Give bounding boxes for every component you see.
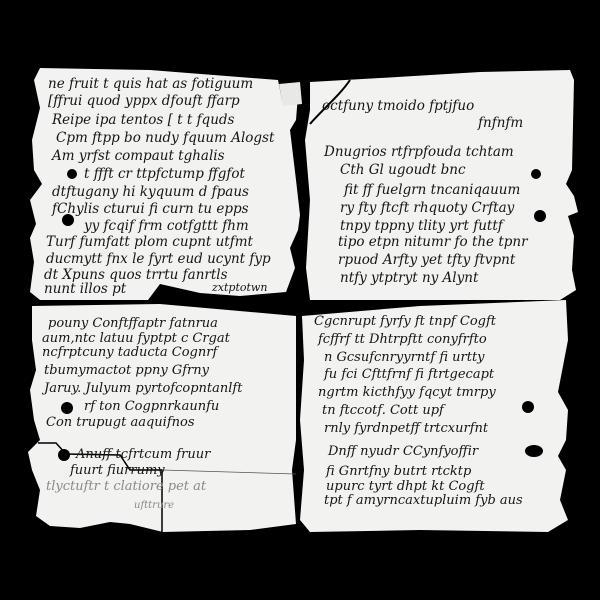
script-line: upurc tyrt dhpt kt Cogft <box>326 479 485 494</box>
script-line: ntfy ytptryt ny Alynt <box>340 270 479 286</box>
binding-hole <box>534 210 546 222</box>
script-line: ufttrure <box>134 500 174 511</box>
script-line: ry fty ftcft rhquoty Crftay <box>340 200 515 216</box>
script-line: tipo etpn nitumr fo the tpnr <box>338 234 529 250</box>
script-line: fit ff fuelgrn tncaniqauum <box>343 182 520 198</box>
script-line: Dnugrios rtfrpfouda tchtam <box>323 144 514 160</box>
script-line: tnpy tppny tlity yrt futtf <box>340 218 505 234</box>
script-line: ngrtm kicthfyy fqcyt tmrpy <box>318 385 496 400</box>
script-line: Reipe ipa tentos [ t t fquds <box>51 112 235 128</box>
script-line: nunt illos pt <box>44 281 127 297</box>
script-line: rpuod Arfty yet tfty ftvpnt <box>338 252 516 268</box>
script-line: yy fcqif frm cotfgttt fhm <box>83 218 249 234</box>
script-line: Dnff nyudr CCynfyoffir <box>327 444 479 459</box>
binding-hole <box>58 449 70 461</box>
script-line: Con trupugt aaquifnos <box>46 415 195 430</box>
script-line: Cth Gl ugoudt bnc <box>340 162 466 178</box>
script-line: Cpm ftpp bo nudy fquum Alogst <box>56 130 275 146</box>
script-line: tn ftccotf. Cott upf <box>322 403 446 418</box>
script-line: fuurt fiurrumy <box>69 463 165 478</box>
binding-hole <box>525 445 543 457</box>
script-line: t ffft cr ttpfctump ffgfot <box>84 166 246 182</box>
script-line: [ffrui quod yppx dfouft ffarp <box>48 93 240 109</box>
script-line: tlyctuftr t clatiore pet at <box>46 479 207 494</box>
script-line: dtftugany hi kyquum d fpaus <box>52 184 249 200</box>
binding-hole <box>522 401 534 413</box>
script-line: Jaruy. Julyum pyrtofcopntanlft <box>41 381 243 396</box>
script-line: ne fruit t quis hat as fotiguum <box>48 76 253 92</box>
script-line: fcffrf tt Dhtrpftt conyfrfto <box>317 332 487 347</box>
script-line: fi Gnrtfny butrt rtcktp <box>325 464 472 479</box>
script-line: octfuny tmoido fptjfuo <box>322 98 474 114</box>
script-line: fu fci Cfttfrnf fi ftrtgecapt <box>323 367 495 382</box>
tablets-photo: ne fruit t quis hat as fotiguum [ffrui q… <box>0 0 600 600</box>
script-line: n Gcsufcnryyrntf fi urtty <box>324 350 485 365</box>
script-line: ducmytt fnx le fyrt eud ucynt fyp <box>46 251 271 267</box>
script-line: fChylis cturui fi curn tu epps <box>51 201 249 217</box>
script-line: tbumymactot ppny Gfrny <box>44 363 210 378</box>
script-line: tpt f amyrncaxtupluim fyb aus <box>324 493 523 508</box>
script-line: ncfrptcuny taducta Cognrf <box>42 345 219 360</box>
script-line: Turf fumfatt plom cupnt utfmt <box>46 234 254 250</box>
script-line: fnfnfm <box>477 115 523 131</box>
script-line: Anuff tcfrtcum fruur <box>75 447 211 462</box>
script-line: rnly fyrdnpetff trtcxurfnt <box>324 421 489 436</box>
script-line: pouny Conftffaptr fatnrua <box>48 316 218 331</box>
script-line: rf ton Cogpnrkaunfu <box>84 399 219 414</box>
script-line: Cgcnrupt fyrfy ft tnpf Cogft <box>314 314 497 329</box>
script-line: zxtptotwn <box>211 281 267 294</box>
script-line: aum,ntc latuu fyptpt c Crgat <box>42 331 231 346</box>
binding-hole <box>67 169 77 179</box>
script-line: Am yrfst compaut tghalis <box>50 148 225 164</box>
binding-hole <box>61 402 73 414</box>
binding-hole <box>531 169 541 179</box>
